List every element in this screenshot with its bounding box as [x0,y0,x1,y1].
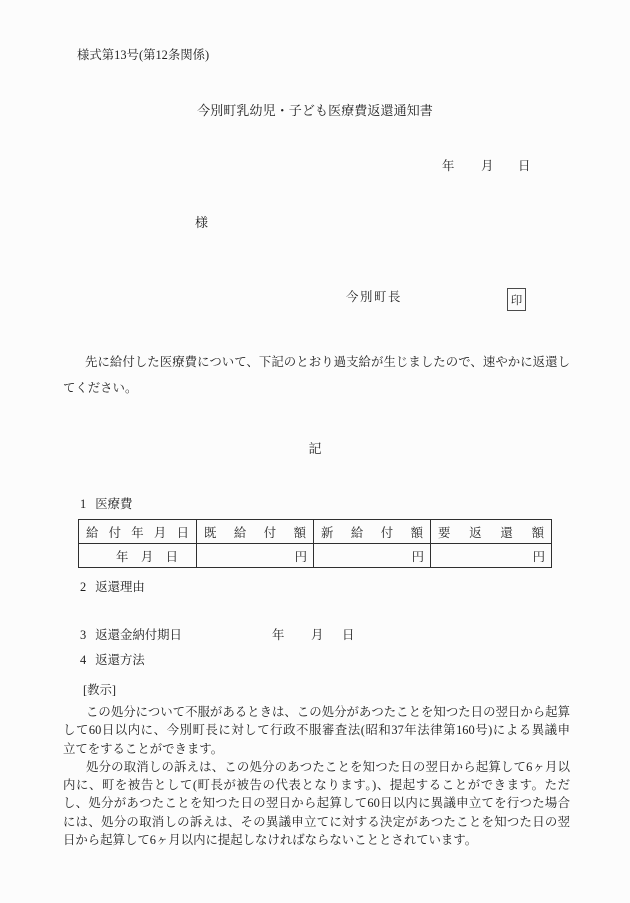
item-label: 返還方法 [95,653,145,667]
benefit-table: 給付年月日 既給付額 新給付額 要返還額 年 月 日 円 円 円 [78,519,552,568]
item-refund-due-date: 3返還金納付期日 [80,628,182,642]
table-value-row: 年 月 日 円 円 円 [79,544,552,568]
table-header-row: 給付年月日 既給付額 新給付額 要返還額 [79,520,552,544]
item-refund-reason: 2返還理由 [80,580,145,594]
instruction-paragraph-2: 処分の取消しの訴えは、この処分のあつたことを知つた日の翌日から起算して6ヶ月以 … [63,758,570,849]
issue-date-month-label: 月 [481,159,493,173]
instruction-line: 内に、町を被告として(町長が被告の代表となります。)、提起することができます。た… [63,776,570,794]
item-number: 2 [80,580,86,594]
record-marker: 記 [0,441,630,456]
item-label: 返還理由 [95,580,145,594]
body-paragraph: 先に給付した医療費について、下記のとおり過支給が生じましたので、速やかに返還し … [63,349,570,401]
item-refund-method: 4返還方法 [80,653,145,667]
instruction-paragraphs: この処分について不服があるときは、この処分があつたことを知つた日の翌日から起算 … [63,703,570,849]
form-number: 様式第13号(第12条関係) [77,47,209,63]
instruction-line: し、処分があつたことを知つた日の翌日から起算して60日以内に異議申立てを行つた場… [63,794,570,812]
seal-box: 印 [507,288,526,311]
issue-date-day-label: 日 [518,159,530,173]
item-number: 1 [80,497,86,511]
issuer-name: 今別町長 [346,290,402,304]
instruction-heading: [教示] [83,683,116,698]
body-line: 先に給付した医療費について、下記のとおり過支給が生じましたので、速やかに返還し [63,349,570,375]
seal-label: 印 [511,292,523,308]
instruction-line: して60日以内に、今別町長に対して行政不服審査法(昭和37年法律第160号)によ… [63,721,570,739]
header-paid-amount: 既給付額 [197,520,314,544]
instruction-line: 処分の取消しの訴えは、この処分のあつたことを知つた日の翌日から起算して6ヶ月以 [63,758,570,776]
header-payment-date: 給付年月日 [79,520,197,544]
issue-date-year-label: 年 [442,159,454,173]
item-number: 4 [80,653,86,667]
instruction-line: 立てをすることができます。 [63,740,570,758]
item-number: 3 [80,628,86,642]
item-label: 医療費 [95,497,132,511]
addressee-honorific: 様 [195,216,208,230]
due-date-day-label: 日 [342,628,354,642]
header-new-amount: 新給付額 [314,520,431,544]
due-date-month-label: 月 [311,628,323,642]
due-date-year-label: 年 [272,628,284,642]
document-title: 今別町乳幼児・子ども医療費返還通知書 [0,103,630,119]
instruction-line: 日から起算して6ヶ月以内に提起しなければならないこととされています。 [63,831,570,849]
item-label: 返還金納付期日 [95,628,182,642]
header-refund-amount: 要返還額 [431,520,552,544]
instruction-line: この処分について不服があるときは、この処分があつたことを知つた日の翌日から起算 [63,703,570,721]
cell-paid-amount: 円 [197,544,314,568]
instruction-line: には、処分の取消しの訴えは、その異議申立てに対する決定があつたことを知つた日の翌 [63,813,570,831]
item-medical-expense: 1医療費 [80,497,132,511]
cell-new-amount: 円 [314,544,431,568]
document-page: 様式第13号(第12条関係) 今別町乳幼児・子ども医療費返還通知書 年 月 日 … [0,0,630,903]
cell-payment-date: 年 月 日 [79,544,197,568]
body-line: てください。 [63,375,570,401]
cell-refund-amount: 円 [431,544,552,568]
instruction-paragraph-1: この処分について不服があるときは、この処分があつたことを知つた日の翌日から起算 … [63,703,570,758]
